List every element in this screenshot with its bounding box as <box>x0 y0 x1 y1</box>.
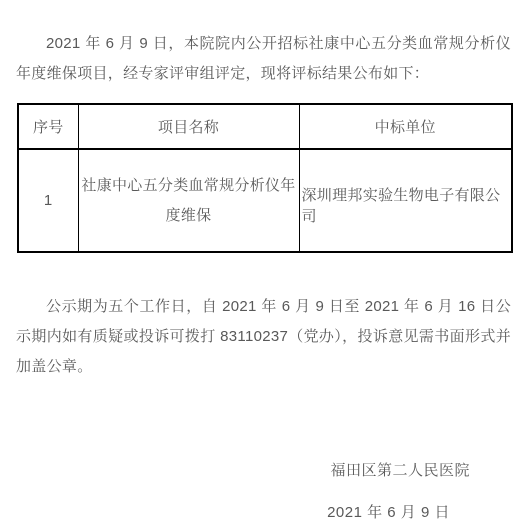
header-project-name: 项目名称 <box>78 104 299 149</box>
table-row: 1 社康中心五分类血常规分析仪年度维保 深圳理邦实验生物电子有限公司 <box>18 149 512 252</box>
bid-result-table: 序号 项目名称 中标单位 1 社康中心五分类血常规分析仪年度维保 深圳理邦实验生… <box>17 103 513 253</box>
signature-organization: 福田区第二人民医院 <box>330 459 470 480</box>
notice-paragraph: 公示期为五个工作日，自 2021 年 6 月 9 日至 2021 年 6 月 1… <box>16 292 511 382</box>
signature-date: 2021 年 6 月 9 日 <box>327 501 450 522</box>
intro-paragraph: 2021 年 6 月 9 日，本院院内公开招标社康中心五分类血常规分析仪年度维保… <box>16 29 511 89</box>
announcement-page: { "page": { "background": "#ffffff", "te… <box>0 0 527 527</box>
header-winning-bidder: 中标单位 <box>299 104 512 149</box>
cell-winning-bidder: 深圳理邦实验生物电子有限公司 <box>299 149 512 252</box>
cell-index: 1 <box>18 149 78 252</box>
table-header-row: 序号 项目名称 中标单位 <box>18 104 512 149</box>
cell-project-name: 社康中心五分类血常规分析仪年度维保 <box>78 149 299 252</box>
header-index: 序号 <box>18 104 78 149</box>
